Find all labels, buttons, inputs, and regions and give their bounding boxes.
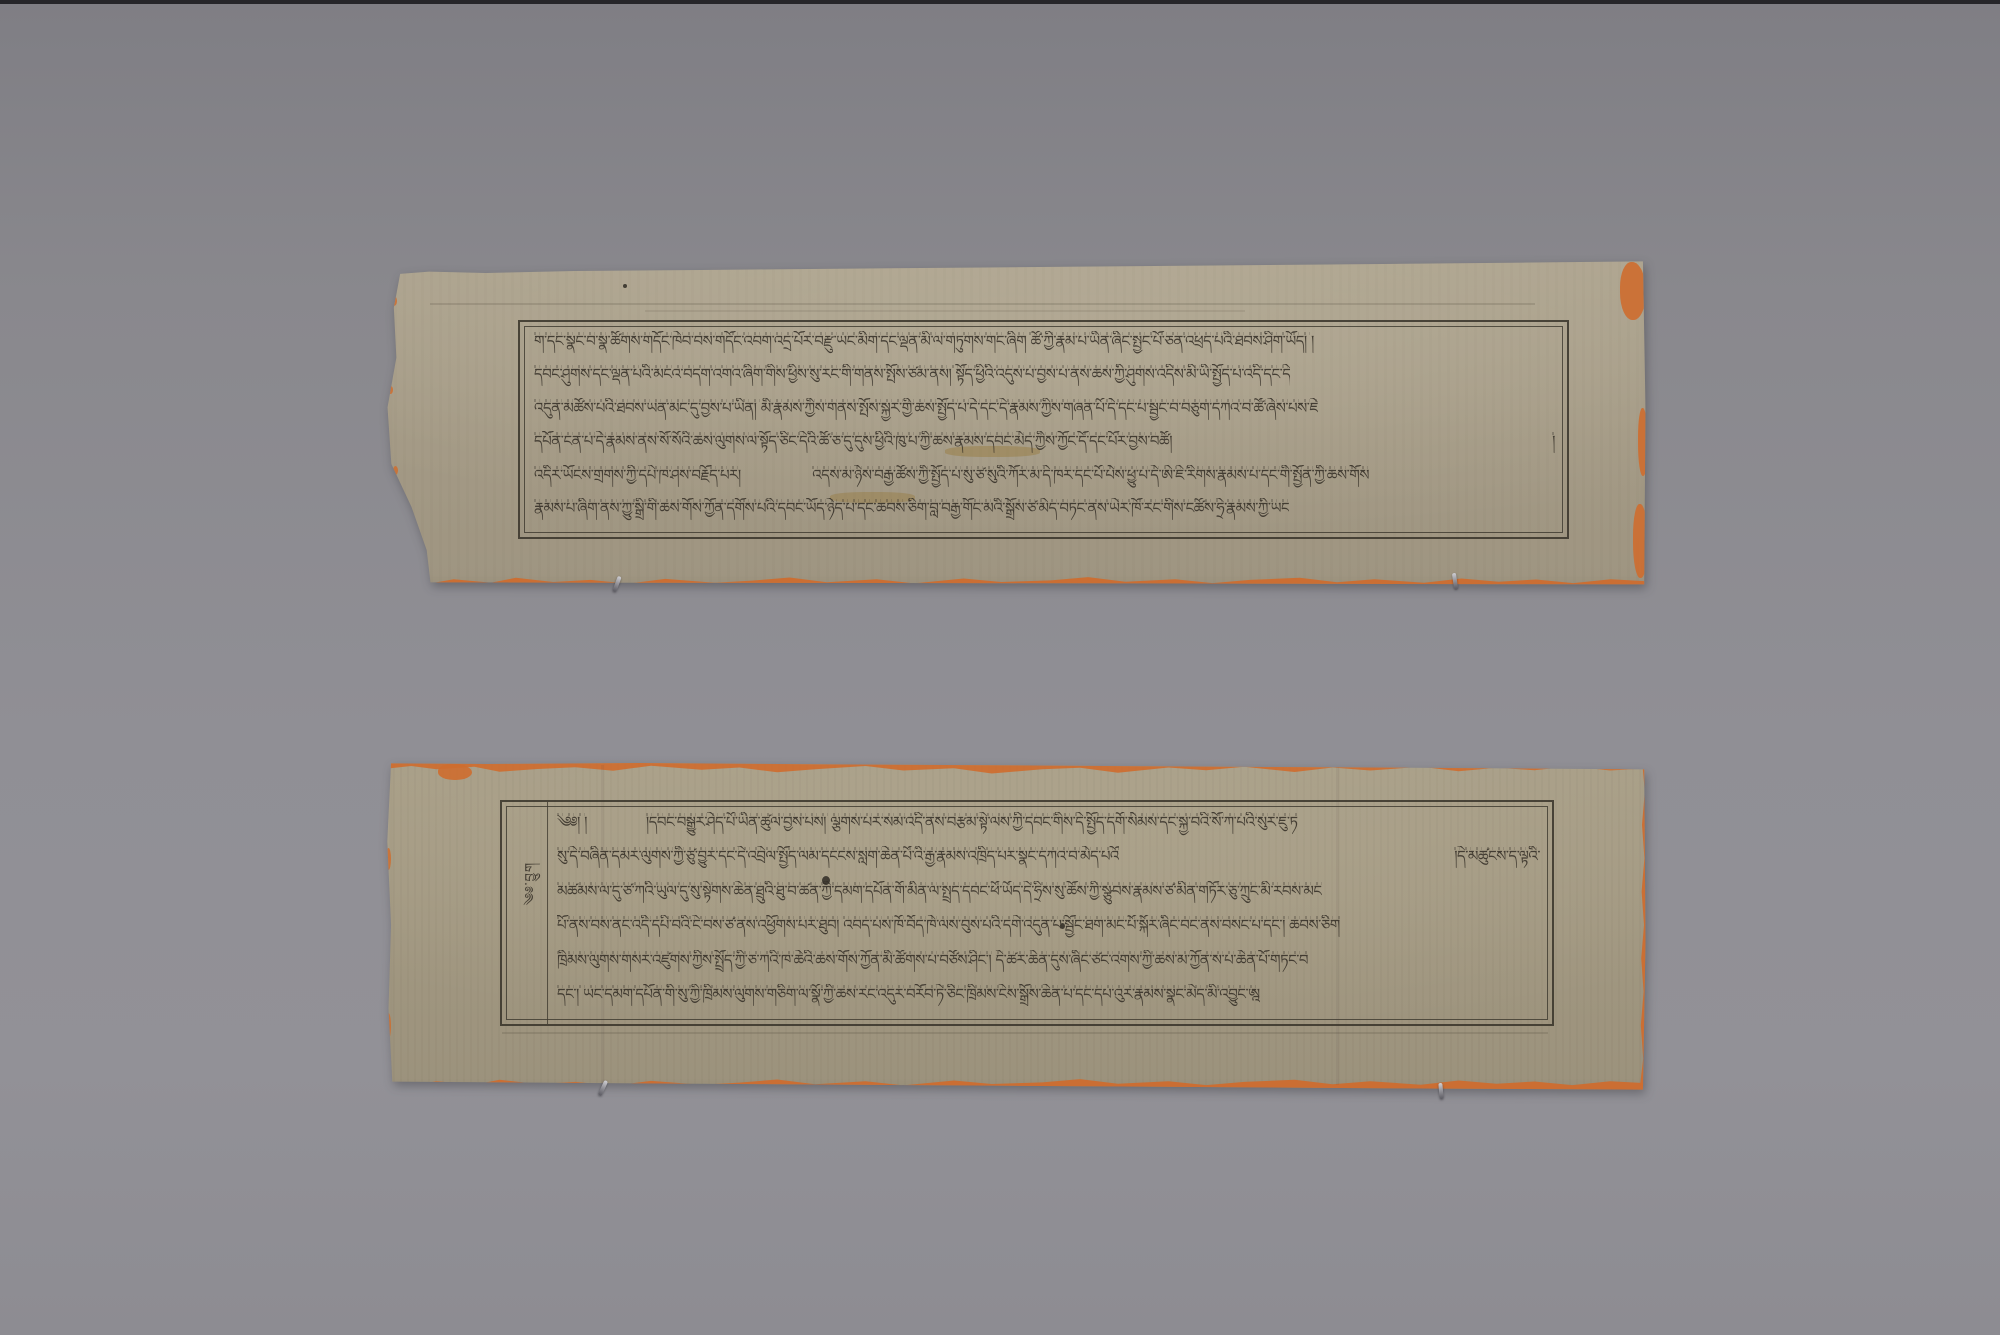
top-leaf-orange-bottom-edge xyxy=(404,575,1648,589)
tibetan-text-segment: དབང་ཤུགས་དང་ལྡན་པའི་མངའ་བདག་འགའ་ཞིག་གིས་… xyxy=(534,364,1290,394)
top-leaf-orange-right-stain xyxy=(1633,504,1648,578)
top-leaf-paper: ག་དང་སྣང་བ་སྣ་ཚོགས་གདོང་ཁེབ་བས་གདོང་འབག་… xyxy=(385,258,1648,590)
bottom-leaf-text-line: ༄༅། །།དབང་བསྒྱུར་ཤེད་པོ་ཡིན་ཚུལ་བྱས་པས། … xyxy=(557,812,1540,842)
tibetan-text-segment: སུ་དེ་བཞིན་དམར་ལུགས་ཀྱི་ཙུ་བྱུར་དང་དེ་འབ… xyxy=(557,846,1119,876)
tibetan-text-segment: ག་དང་སྣང་བ་སྣ་ཚོགས་གདོང་ཁེབ་བས་གདོང་འབག་… xyxy=(534,331,1314,361)
tibetan-text-segment: །དབང་བསྒྱུར་ཤེད་པོ་ཡིན་ཚུལ་བྱས་པས། ལྕགས་… xyxy=(646,812,1298,842)
top-leaf-text-line: དཔོན་ངན་པ་དེ་རྣམས་ནས་སོ་སོའི་ཆས་ལུགས་ལ་ས… xyxy=(534,431,1555,461)
bottom-leaf-text-line: ཁྲིམས་ལུགས་གསར་འཛུགས་ཀྱིས་སྤྲོད་ཀྱི་ཅ་ཀའ… xyxy=(557,950,1540,980)
paper-speck xyxy=(623,284,627,288)
bottom-leaf-orange-bottom-edge xyxy=(386,1077,1648,1091)
top-leaf-text-block: ག་དང་སྣང་བ་སྣ་ཚོགས་གདོང་ཁེབ་བས་གདོང་འབག་… xyxy=(534,327,1555,532)
bottom-leaf-orange-top-edge xyxy=(386,760,1648,775)
tibetan-text-segment: པོ་ནས་བས་ནང་འདི་དཔི་བའི་ངེ་བས་ཙ་ནས་འཕྱོག… xyxy=(557,915,1340,945)
top-leaf-orange-corner-stain xyxy=(1620,262,1646,320)
offset-ghost-line xyxy=(645,310,1245,312)
photo-edge-dark-bar xyxy=(0,0,2000,4)
bottom-leaf-orange-fleck xyxy=(386,1013,391,1039)
top-leaf-text-line: འདུན་མཚོས་པའི་ཐབས་ཡན་མང་དུ་བྱས་པ་ཡིན། མི… xyxy=(534,398,1555,428)
bottom-manuscript-leaf: ༄༅་བྱུག ༄༅། །།དབང་བསྒྱུར་ཤེད་པོ་ཡིན་ཚུལ་… xyxy=(386,758,1648,1092)
tibetan-text-segment: རྣམས་པ་ཞིག་ནས་ཀྱུ་སྒྲི་གི་ཆས་གོས་ཀྱོན་དག… xyxy=(534,498,1289,528)
bottom-leaf-text-line: དང་། ཡང་དམག་དཔོན་གི་སུ་ཀྱི་ཁྲིམས་ལུགས་གཅ… xyxy=(557,984,1540,1014)
bottom-leaf-margin-column: ༄༅་བྱུག xyxy=(502,802,548,1024)
tibetan-text-segment: །དེ་མཚུངས་ད་ལྟའི་ xyxy=(1454,846,1540,876)
tibetan-text-segment: མཚམས་ལ་དུ་ཙ་ཀའི་ཡུལ་དུ་སུ་སྟེགས་ཆེན་ཐྲུའ… xyxy=(557,881,1322,911)
bottom-leaf-text-frame: ༄༅་བྱུག ༄༅། །།དབང་བསྒྱུར་ཤེད་པོ་ཡིན་ཚུལ་… xyxy=(500,800,1554,1026)
top-leaf-text-frame: ག་དང་སྣང་བ་སྣ་ཚོགས་གདོང་ཁེབ་བས་གདོང་འབག་… xyxy=(518,320,1569,539)
tibetan-text-segment: ། xyxy=(1552,431,1555,461)
tibetan-text-segment: འདུན་མཚོས་པའི་ཐབས་ཡན་མང་དུ་བྱས་པ་ཡིན། མི… xyxy=(534,398,1318,428)
top-leaf-text-line: རྣམས་པ་ཞིག་ནས་ཀྱུ་སྒྲི་གི་ཆས་གོས་ཀྱོན་དག… xyxy=(534,498,1555,528)
tibetan-text-segment: ཁྲིམས་ལུགས་གསར་འཛུགས་ཀྱིས་སྤྲོད་ཀྱི་ཅ་ཀའ… xyxy=(557,950,1308,980)
bottom-leaf-orange-stain xyxy=(438,764,472,780)
top-leaf-text-line: འདིར་ཡོངས་གྲགས་ཀྱི་དཔེ་ཁ་ཤས་བརྗོད་པར།འདས… xyxy=(534,465,1555,495)
tibetan-text-segment: འདིར་ཡོངས་གྲགས་ཀྱི་དཔེ་ཁ་ཤས་བརྗོད་པར། xyxy=(534,465,741,495)
top-leaf-orange-fleck xyxy=(393,466,398,475)
bottom-leaf-paper: ༄༅་བྱུག ༄༅། །།དབང་བསྒྱུར་ཤེད་པོ་ཡིན་ཚུལ་… xyxy=(386,758,1648,1092)
top-leaf-orange-fleck xyxy=(391,296,397,306)
bottom-leaf-orange-fleck xyxy=(386,928,390,946)
bottom-leaf-text-block: ༄༅། །།དབང་བསྒྱུར་ཤེད་པོ་ཡིན་ཚུལ་བྱས་པས། … xyxy=(557,807,1540,1019)
top-leaf-orange-fleck xyxy=(388,386,393,394)
top-leaf-text-line: དབང་ཤུགས་དང་ལྡན་པའི་མངའ་བདག་འགའ་ཞིག་གིས་… xyxy=(534,364,1555,394)
bottom-leaf-text-line: པོ་ནས་བས་ནང་འདི་དཔི་བའི་ངེ་བས་ཙ་ནས་འཕྱོག… xyxy=(557,915,1540,945)
photograph-of-tibetan-manuscript-leaves: { "palette": { "paper_top_leaf": "#a89e8… xyxy=(0,0,2000,1335)
top-leaf-orange-right-stain xyxy=(1638,408,1648,476)
tibetan-text-segment: འདས་མ་ཉེས་བརྒྱ་ཚོས་ཀྱི་སྤྱོད་པ་སུ་ཙ་སུའི… xyxy=(812,465,1369,495)
tibetan-text-segment: ༄༅། ། xyxy=(557,812,587,842)
top-leaf-text-line: ག་དང་སྣང་བ་སྣ་ཚོགས་གདོང་ཁེབ་བས་གདོང་འབག་… xyxy=(534,331,1555,361)
bottom-leaf-orange-right-edge xyxy=(1640,758,1648,1092)
tibetan-text-segment: དཔོན་ངན་པ་དེ་རྣམས་ནས་སོ་སོའི་ཆས་ལུགས་ལ་ས… xyxy=(534,431,1172,461)
offset-ghost-line xyxy=(502,1032,1548,1034)
bottom-leaf-margin-label: ༄༅་བྱུག xyxy=(512,862,549,905)
bottom-leaf-text-line: མཚམས་ལ་དུ་ཙ་ཀའི་ཡུལ་དུ་སུ་སྟེགས་ཆེན་ཐྲུའ… xyxy=(557,881,1540,911)
offset-ghost-line xyxy=(430,303,1535,305)
tibetan-text-segment: དང་། ཡང་དམག་དཔོན་གི་སུ་ཀྱི་ཁྲིམས་ལུགས་གཅ… xyxy=(557,984,1260,1014)
bottom-leaf-orange-fleck xyxy=(386,848,391,870)
top-manuscript-leaf: ག་དང་སྣང་བ་སྣ་ཚོགས་གདོང་ཁེབ་བས་གདོང་འབག་… xyxy=(385,258,1648,590)
bottom-leaf-text-line: སུ་དེ་བཞིན་དམར་ལུགས་ཀྱི་ཙུ་བྱུར་དང་དེ་འབ… xyxy=(557,846,1540,876)
